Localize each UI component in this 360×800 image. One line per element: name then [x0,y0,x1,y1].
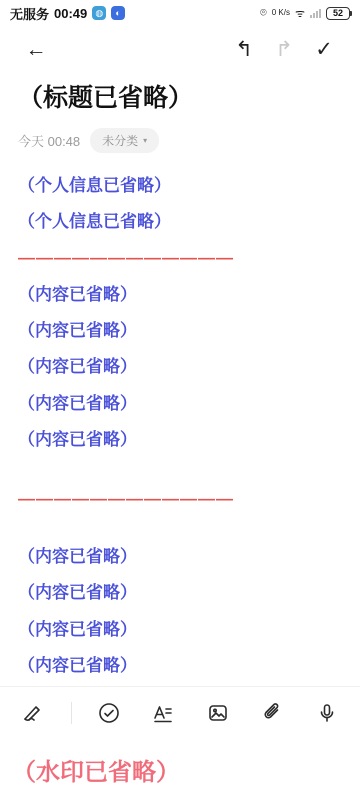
note-body[interactable]: （个人信息已省略）（个人信息已省略）————————————（内容已省略）（内容… [18,173,342,679]
note-body-line[interactable]: （内容已省略） [18,653,342,679]
network-speed-label: 0 K/s [272,9,290,17]
note-body-line[interactable]: （内容已省略） [18,282,342,308]
note-body-line[interactable]: （内容已省略） [18,427,342,453]
note-body-line[interactable]: （内容已省略） [18,617,342,643]
note-meta-row: 今天 00:48 未分类 ▾ [18,128,342,153]
watermark-text: （水印已省略） [12,752,180,787]
note-body-line[interactable]: （内容已省略） [18,544,342,570]
note-body-line[interactable]: （内容已省略） [18,354,342,380]
status-bar: 无服务 00:49 ◍ ◐ ⌾ 0 K/s ᯤ 52 [0,0,360,26]
attachment-icon[interactable] [255,696,289,730]
redo-button[interactable]: ↱ [264,26,304,74]
note-timestamp: 今天 00:48 [18,131,80,150]
undo-button[interactable]: ↰ [224,26,264,74]
back-button[interactable]: ← [16,26,56,74]
carrier-label: 无服务 [10,4,49,23]
editor-bottom-toolbar [0,686,360,738]
category-label: 未分类 [102,132,138,149]
vibrate-icon: ⌾ [260,7,267,20]
note-body-line[interactable] [18,522,342,544]
note-body-line[interactable]: ———————————— [18,486,342,512]
note-body-line[interactable]: （个人信息已省略） [18,173,342,199]
note-body-line[interactable]: （内容已省略） [18,318,342,344]
watermark-bar: （水印已省略） [0,738,360,800]
chevron-down-icon: ▾ [143,136,147,145]
handwriting-pen-icon[interactable] [16,696,50,730]
note-body-line[interactable]: （内容已省略） [18,580,342,606]
insert-image-icon[interactable] [201,696,235,730]
text-format-icon[interactable] [146,696,180,730]
note-body-line[interactable]: （内容已省略） [18,391,342,417]
notification-app-icon: ◍ [92,6,106,20]
clock-label: 00:49 [54,6,87,21]
note-body-line[interactable]: ———————————— [18,245,342,271]
note-body-line[interactable]: （个人信息已省略） [18,209,342,235]
note-title[interactable]: （标题已省略） [18,82,342,116]
category-selector[interactable]: 未分类 ▾ [90,128,159,153]
note-body-line[interactable] [18,464,342,486]
checklist-icon[interactable] [92,696,126,730]
toolbar-divider [71,702,72,724]
note-editor[interactable]: （标题已省略） 今天 00:48 未分类 ▾ （个人信息已省略）（个人信息已省略… [0,74,360,679]
battery-indicator: 52 [326,7,350,20]
note-edit-toolbar: ← ↰ ↱ ✓ [0,26,360,74]
microphone-icon[interactable] [310,696,344,730]
wifi-icon: ᯤ [295,6,305,21]
signal-bars-icon [310,8,321,18]
save-done-button[interactable]: ✓ [304,26,344,74]
notification-app-icon-2: ◐ [111,6,125,20]
